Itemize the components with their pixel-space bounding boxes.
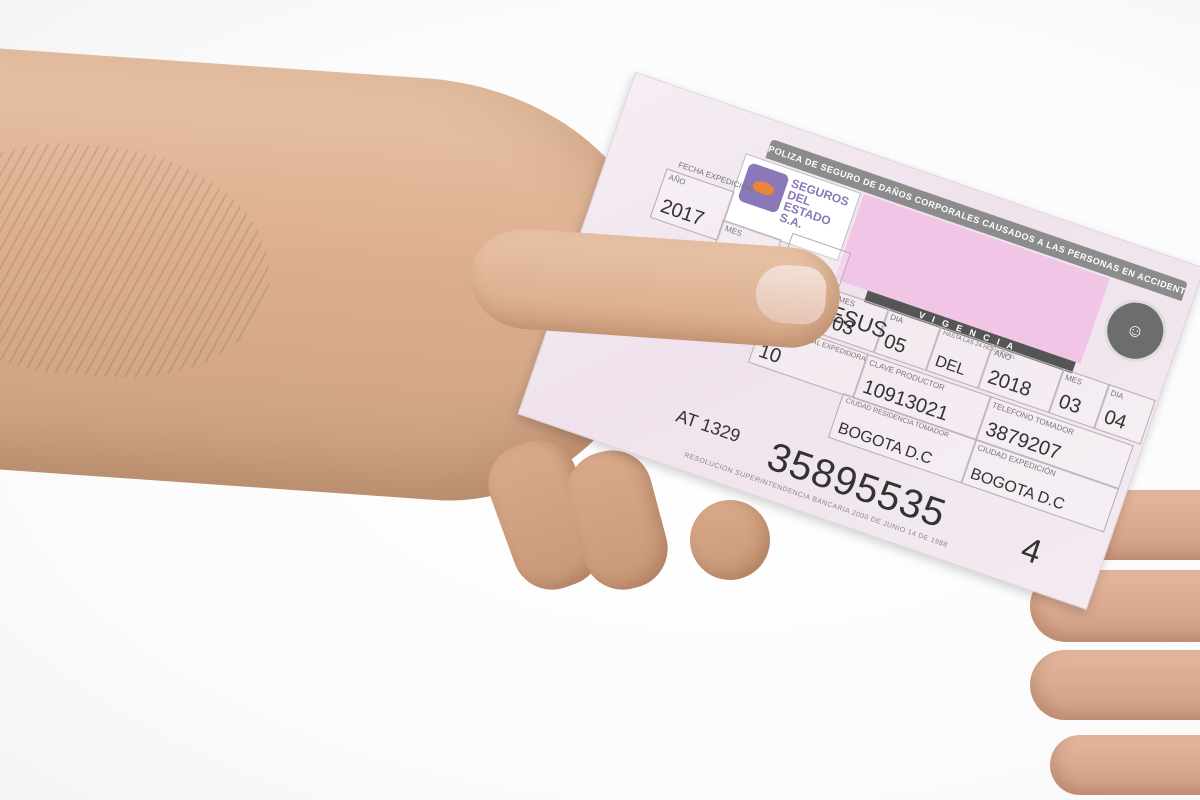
left-finger xyxy=(684,494,777,587)
arm-hair xyxy=(0,135,278,387)
photo-scene: POLIZA DE SEGURO DE DAÑOS CORPORALES CAU… xyxy=(0,0,1200,800)
form-code: AT 1329 xyxy=(673,406,743,447)
hologram-seal-icon: ☺ xyxy=(1096,291,1175,370)
thumbnail xyxy=(754,263,828,326)
right-finger xyxy=(1030,650,1200,720)
policy-check-digit: 4 xyxy=(1016,530,1047,573)
insurer-name: SEGUROS DEL ESTADO S.A. xyxy=(778,177,860,245)
right-finger xyxy=(1050,735,1200,795)
